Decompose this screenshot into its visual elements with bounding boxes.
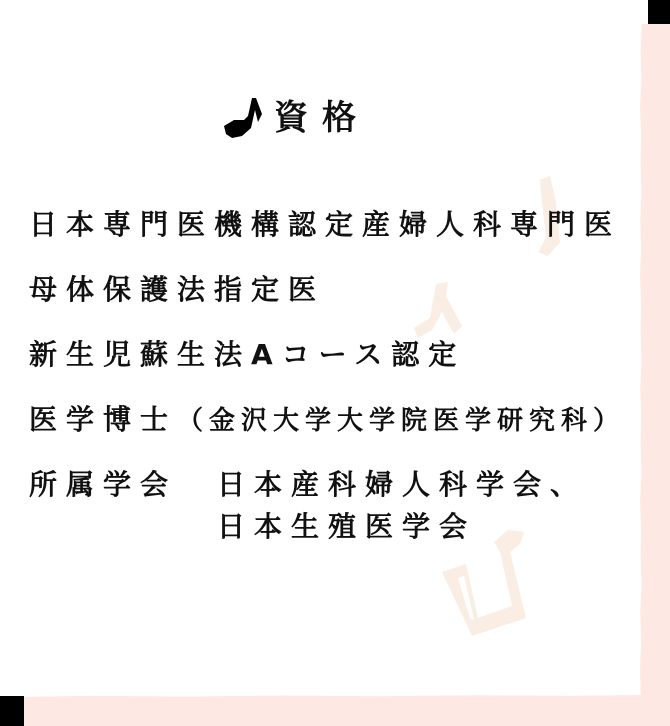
affiliations-label: 所属学会	[29, 464, 217, 529]
qualification-item: 母体保護法指定医	[29, 269, 649, 334]
affiliation-society: 日本産科婦人科学会、	[217, 464, 587, 506]
degree-item: 医学博士（金沢大学大学院医学研究科）	[29, 399, 649, 464]
degree-title: 医学博士	[29, 403, 177, 436]
affiliation-society: 日本生殖医学会	[217, 506, 587, 548]
section-title: 資格	[274, 101, 370, 135]
qualification-item: 新生児蘇生法Aコース認定	[29, 334, 649, 399]
decorative-brush-band-bottom	[24, 695, 670, 726]
corner-block-bottom	[0, 696, 24, 726]
affiliations-values: 日本産科婦人科学会、 日本生殖医学会	[217, 464, 587, 529]
degree-detail: （金沢大学大学院医学研究科）	[177, 406, 625, 436]
music-note-icon	[222, 96, 264, 140]
section-heading: 資格	[222, 92, 370, 144]
corner-block-top	[648, 0, 670, 24]
affiliations-item: 所属学会 日本産科婦人科学会、 日本生殖医学会	[29, 464, 649, 529]
qualification-item: 日本専門医機構認定産婦人科専門医	[29, 204, 649, 269]
qualifications-list: 日本専門医機構認定産婦人科専門医 母体保護法指定医 新生児蘇生法Aコース認定 医…	[29, 204, 649, 529]
qualifications-card: 資格 日本専門医機構認定産婦人科専門医 母体保護法指定医 新生児蘇生法Aコース認…	[0, 0, 670, 726]
